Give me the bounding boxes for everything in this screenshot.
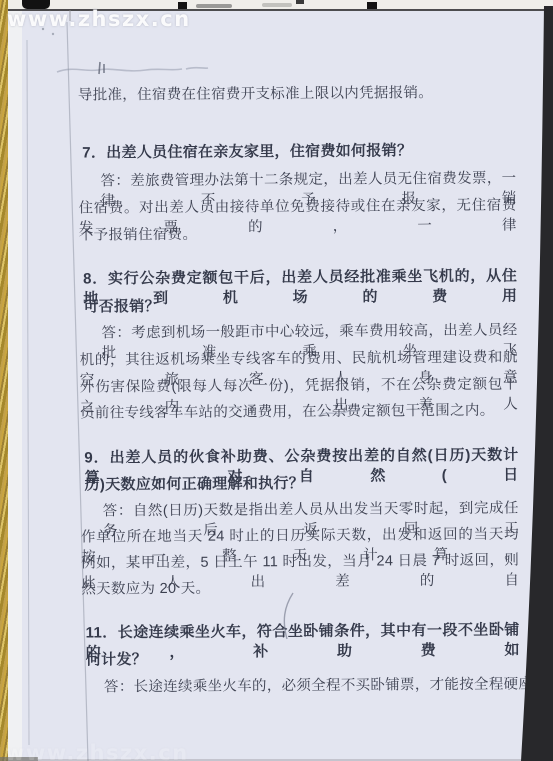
answer-8-line: 员前往专线客车车站的交通费用，在公杂费定额包干范围之内。 xyxy=(80,400,518,423)
answer-7-line: 不予报销住宿费。 xyxy=(79,222,517,245)
question-8-line: 可否报销？ xyxy=(83,294,517,317)
answer-9-line: 作单位所在地当天 24 时止的日历实际天数，出发和返回的当天均按一整天计算。 xyxy=(81,524,519,547)
answer-7-line: 住宿费。对出差人员由接待单位免费接待或住在亲友家，无住宿费发票的，一律 xyxy=(79,195,517,218)
book-edge-strip xyxy=(0,0,8,761)
paragraph-continuation-line: 导批准，住宿费在住宿费开支标准上限以内凭据报销。 xyxy=(78,82,516,105)
question-8-line: 8．实行公杂费定额包干后，出差人员经批准乘坐飞机的，从住地到机场的费用 xyxy=(83,266,517,289)
watermark-top: www.zhszx.cn xyxy=(7,7,191,31)
answer-8-line: 答：考虑到机场一般距市中心较远，乘车费用较高，出差人员经批准乘坐飞 xyxy=(101,320,517,343)
scanned-document-page: 导批准，住宿费在住宿费开支标准上限以内凭据报销。 7．出差人员住宿在亲友家里，住… xyxy=(0,0,553,761)
answer-9-line: 答：自然(日历)天数是指出差人员从出发当天零时起，到完成任务后返回工 xyxy=(103,498,519,521)
question-9-line: 历)天数应如何正确理解和执行？ xyxy=(85,472,519,495)
answer-9-line: 然天数应为 20 天。 xyxy=(81,576,519,599)
document-text: 导批准，住宿费在住宿费开支标准上限以内凭据报销。 7．出差人员住宿在亲友家里，住… xyxy=(0,0,553,761)
scan-mark-square xyxy=(367,2,377,9)
watermark-bottom: www.zhszx.cn xyxy=(5,741,189,761)
answer-8-line: 机的，其往返机场乘坐专线客车的费用、民航机场管理建设费和航空旅客人身意 xyxy=(80,347,518,370)
question-11-line: 11．长途连续乘坐火车，符合坐卧铺条件，其中有一段不坐卧铺的，补助费如 xyxy=(86,620,520,643)
answer-8-line: 外伤害保险费(限每人每次一份)，凭据报销，不在公杂费定额包干之内。出差人 xyxy=(80,374,518,397)
page-left-edge xyxy=(8,9,22,761)
answer-9-line: 例如，某甲出差，5 日上午 11 时出发，当月 24 日晨 7 时返回，则此人出… xyxy=(81,550,519,573)
question-9-line: 9．出差人员的伙食补助费、公杂费按出差的自然(日历)天数计算。对自然(日 xyxy=(84,445,518,468)
scan-mark-smudge xyxy=(196,4,232,8)
answer-7-line: 答：差旅费管理办法第十二条规定，出差人员无住宿费发票，一律不予报销 xyxy=(100,168,516,191)
answer-11-line: 答：长途连续乘坐火车的，必须全程不买卧铺票，才能按全程硬座票价的 xyxy=(104,674,520,697)
scan-mark-dot xyxy=(296,0,304,4)
question-7: 7．出差人员住宿在亲友家里，住宿费如何报销？ xyxy=(82,140,516,163)
question-11-line: 何计发？ xyxy=(86,647,520,670)
scan-mark-smudge xyxy=(262,3,292,7)
